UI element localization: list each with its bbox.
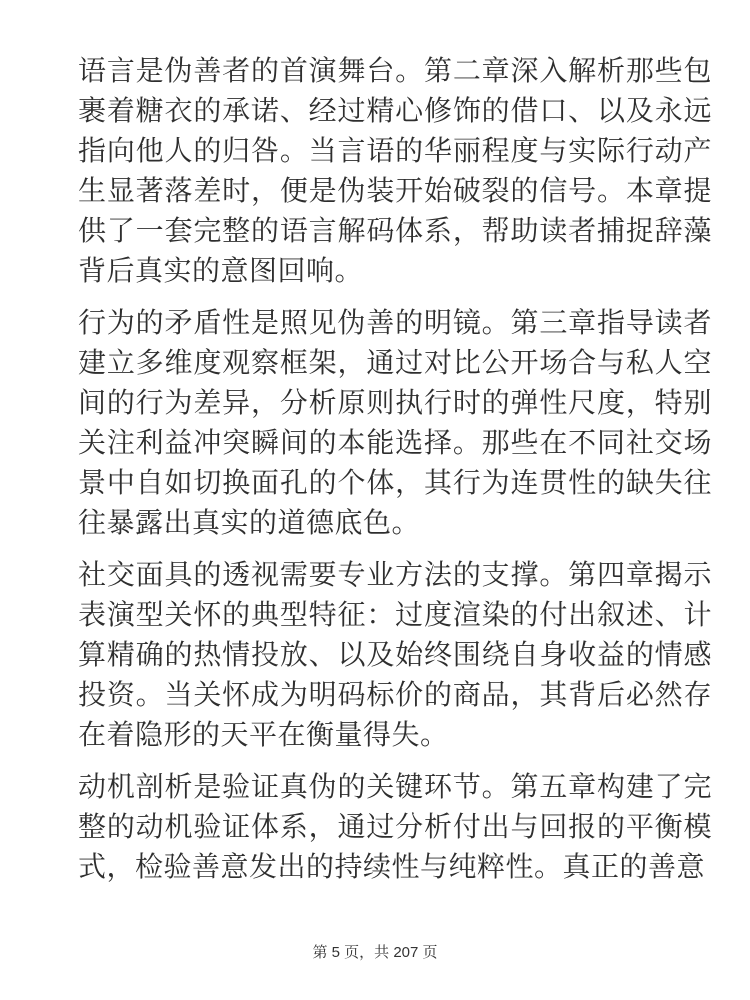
page-content: 语言是伪善者的首演舞台。第二章深入解析那些包裹着糖衣的承诺、经过精心修饰的借口、…	[78, 51, 712, 887]
page-number-footer: 第 5 页，共 207 页	[0, 942, 750, 964]
paragraph-1: 语言是伪善者的首演舞台。第二章深入解析那些包裹着糖衣的承诺、经过精心修饰的借口、…	[78, 51, 712, 291]
paragraph-2: 行为的矛盾性是照见伪善的明镜。第三章指导读者建立多维度观察框架，通过对比公开场合…	[78, 303, 712, 543]
paragraph-3: 社交面具的透视需要专业方法的支撑。第四章揭示表演型关怀的典型特征：过度渲染的付出…	[78, 555, 712, 755]
paragraph-4: 动机剖析是验证真伪的关键环节。第五章构建了完整的动机验证体系，通过分析付出与回报…	[78, 767, 712, 887]
document-page: 语言是伪善者的首演舞台。第二章深入解析那些包裹着糖衣的承诺、经过精心修饰的借口、…	[0, 0, 750, 1000]
